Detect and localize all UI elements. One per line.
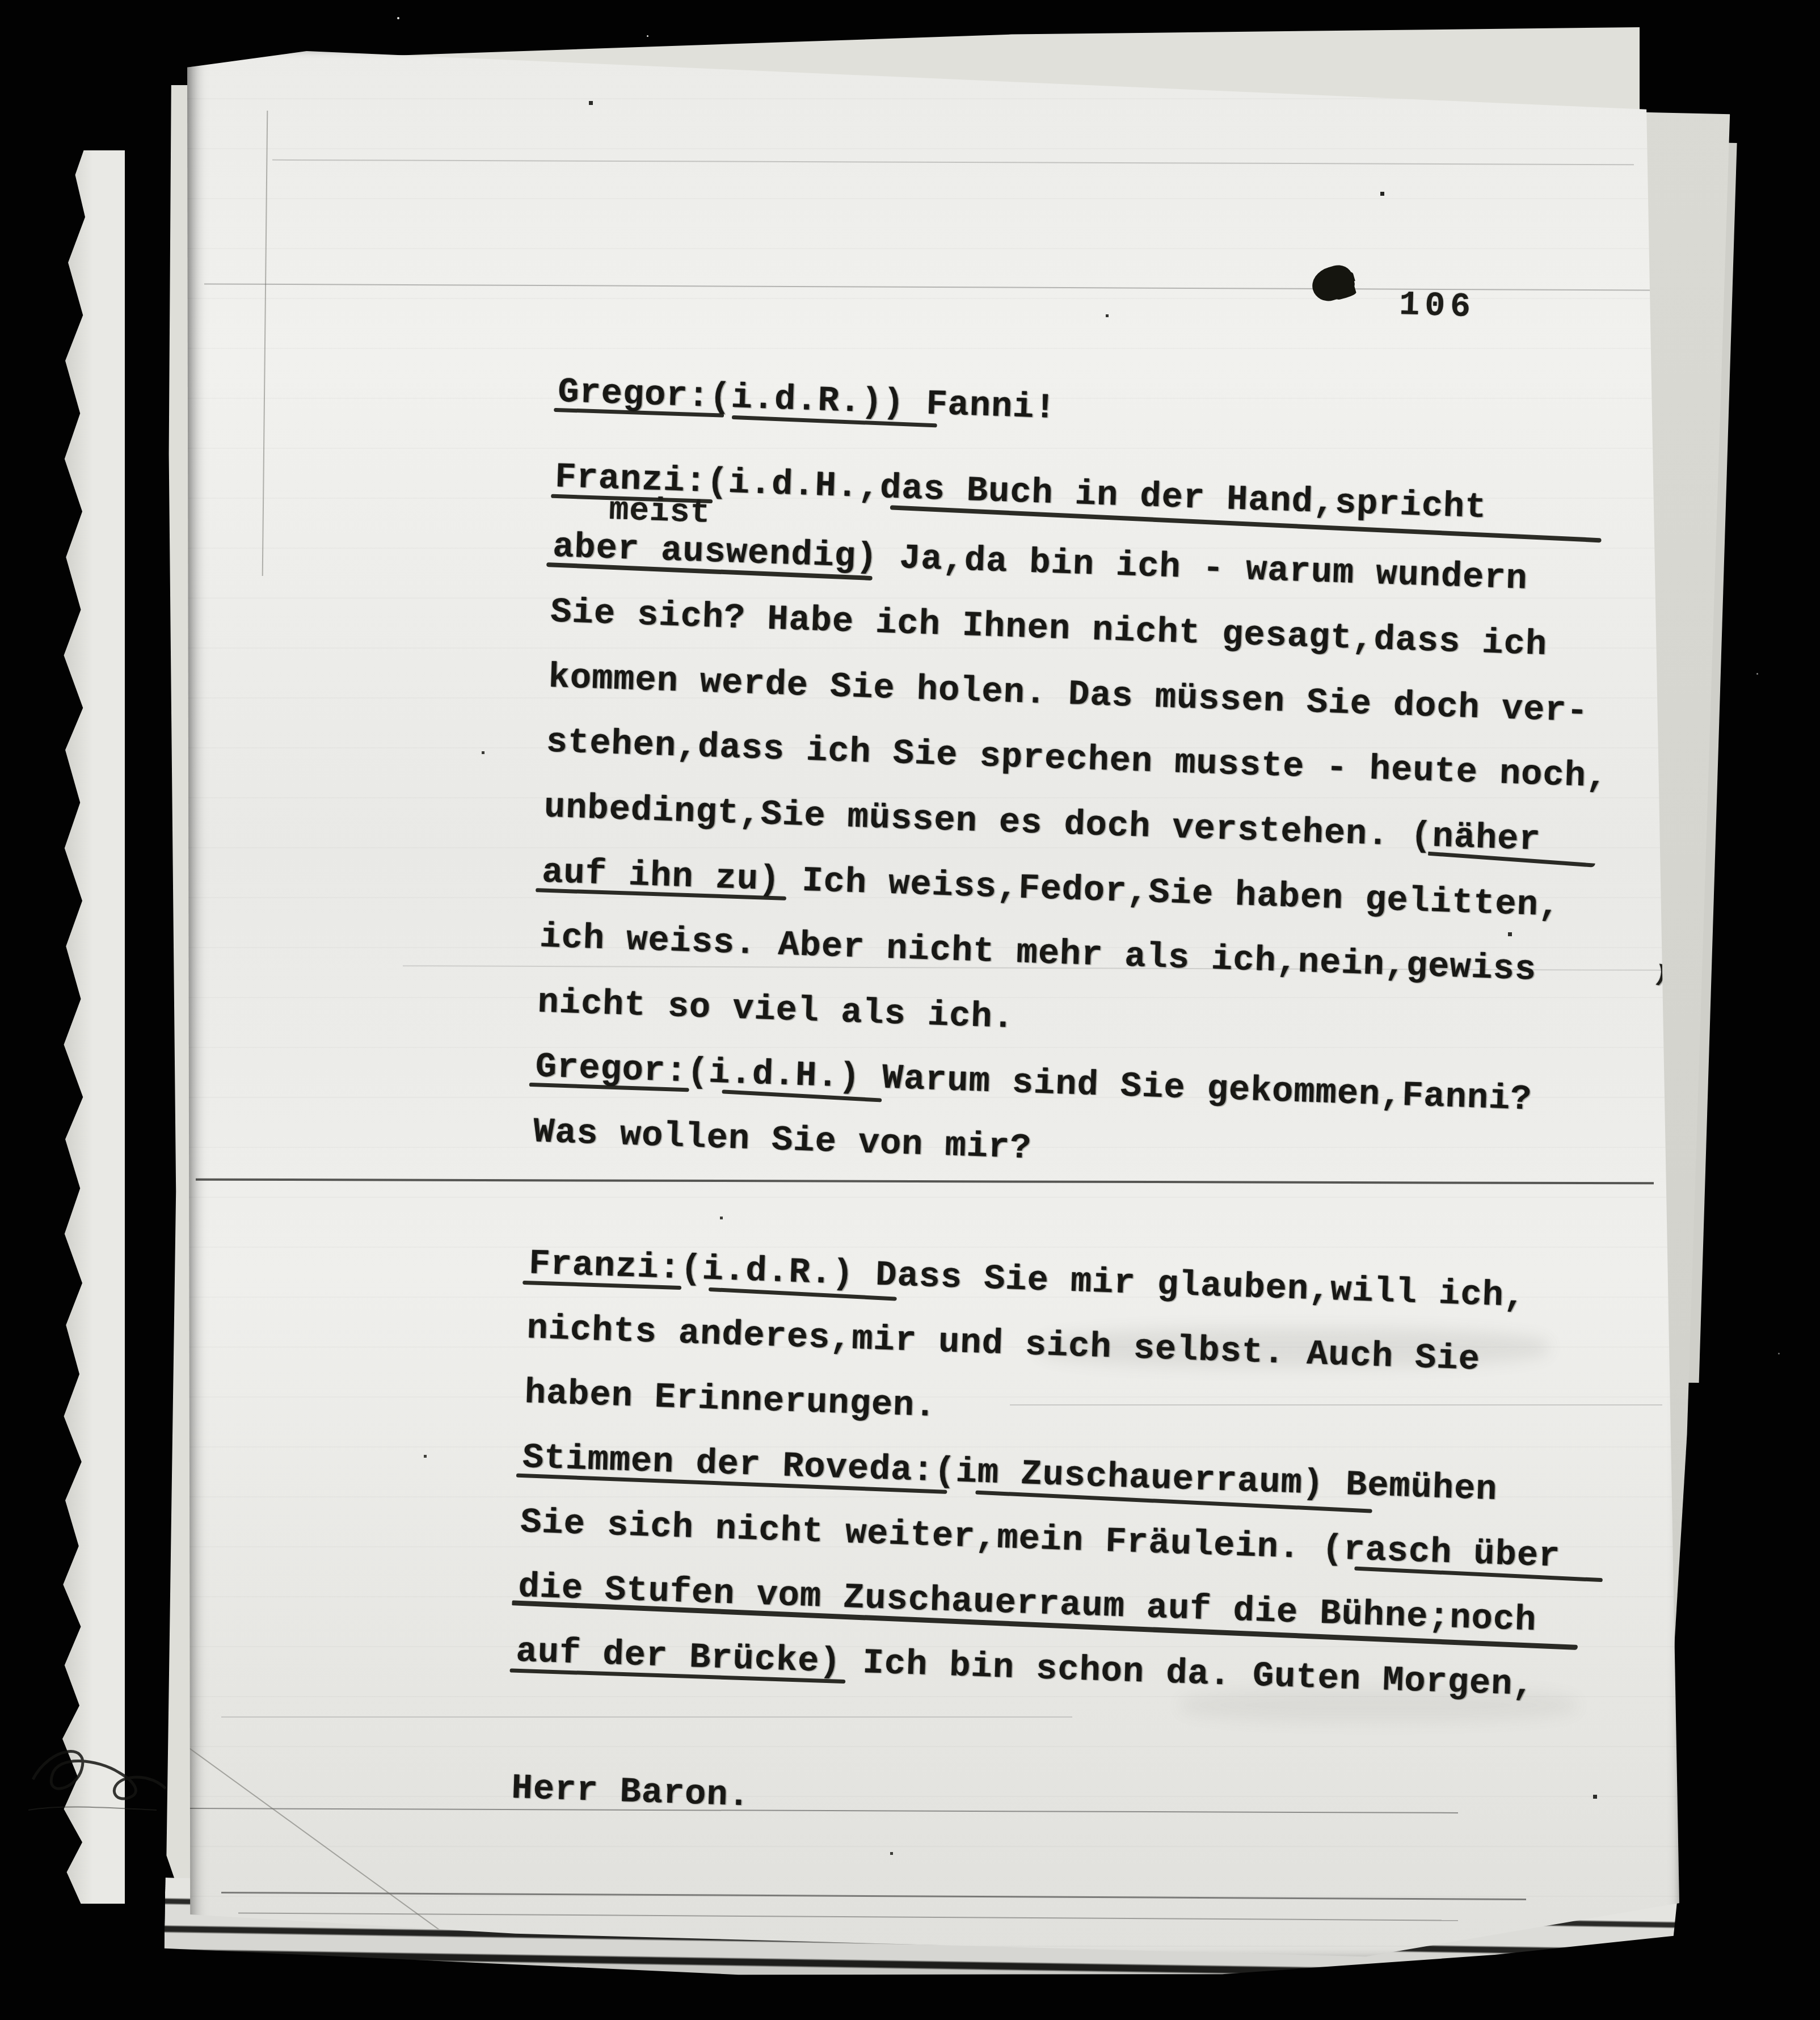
script-line: Gregor:(i.d.R.)) Fanni! [557, 372, 1057, 434]
script-line: die Stufen vom Zuschauerraum auf die Büh… [517, 1567, 1537, 1646]
inserted-word: meist [608, 492, 711, 532]
script-line: nicht so viel als ich. [537, 982, 1015, 1043]
dust-speck [1756, 673, 1758, 675]
paper-specks [187, 48, 189, 50]
script-line-text: auf ihn zu) Ich weiss,Fedor,Sie haben ge… [541, 852, 1561, 926]
script-line-text: Stimmen der Roveda:(im Zuschauerraum) Be… [522, 1437, 1498, 1510]
script-page: 106 Gregor:(i.d.R.)) Fanni! Franzi:(i.d.… [187, 48, 1679, 1960]
script-line: Franzi:(i.d.R.) Dass Sie mir glauben,wil… [528, 1243, 1526, 1322]
script-line: Stimmen der Roveda:(im Zuschauerraum) Be… [522, 1437, 1498, 1515]
script-line: Was wollen Sie von mir? [533, 1112, 1033, 1173]
script-line-text: unbedingt,Sie müssen es doch verstehen. … [544, 787, 1541, 860]
page-number: 106 [1398, 286, 1476, 327]
script-line-text: auf der Brücke) Ich bin schon da. Guten … [515, 1631, 1535, 1705]
photo-backdrop: 106 Gregor:(i.d.R.)) Fanni! Franzi:(i.d.… [0, 0, 1820, 2020]
script-line-text: Gregor:(i.d.H.) Warum sind Sie gekommen,… [535, 1046, 1533, 1120]
script-line: haben Erinnerungen. [524, 1373, 937, 1432]
script-line: Sie sich? Habe ich Ihnen nicht gesagt,da… [550, 592, 1548, 670]
script-line-text: Was wollen Sie von mir? [533, 1112, 1033, 1168]
script-line: nichts anderes,mir und sich selbst. Auch… [526, 1308, 1481, 1385]
script-line-text: haben Erinnerungen. [524, 1373, 937, 1426]
script-line-text: Herr Baron. [511, 1768, 750, 1816]
script-line: Sie sich nicht weiter,mein Fräulein. (ra… [520, 1502, 1561, 1582]
script-line: Gregor:(i.d.H.) Warum sind Sie gekommen,… [534, 1046, 1532, 1125]
ink-smudge [1308, 262, 1358, 305]
paper-edge-strip [54, 150, 125, 1904]
script-line: kommen werde Sie holen. Das müssen Sie d… [547, 657, 1589, 737]
script-line-text: nichts anderes,mir und sich selbst. Auch… [526, 1308, 1481, 1380]
script-line-text: stehen,dass ich Sie sprechen musste - he… [546, 722, 1608, 797]
dust-speck [397, 17, 399, 19]
pen-scribble-mark [23, 1725, 170, 1844]
script-line: auf ihn zu) Ich weiss,Fedor,Sie haben ge… [541, 852, 1561, 931]
script-line: ich weiss. Aber nicht mehr als ich,nein,… [539, 916, 1537, 995]
script-line-text: aber auswendig) Ja,da bin ich - warum wu… [552, 527, 1528, 599]
script-line-text: kommen werde Sie holen. Das müssen Sie d… [547, 657, 1589, 732]
script-line-text: Franzi:(i.d.R.) Dass Sie mir glauben,wil… [528, 1243, 1526, 1316]
script-line: Herr Baron. [511, 1768, 751, 1821]
typewritten-text-block: 106 Gregor:(i.d.R.)) Fanni! Franzi:(i.d.… [124, 48, 1678, 2009]
dust-speck [647, 35, 648, 37]
script-line-text: Sie sich? Habe ich Ihnen nicht gesagt,da… [550, 592, 1548, 665]
script-line: auf der Brücke) Ich bin schon da. Guten … [515, 1631, 1535, 1710]
script-line-text: Sie sich nicht weiter,mein Fräulein. (ra… [520, 1502, 1561, 1577]
script-line: aber auswendig) Ja,da bin ich - warum wu… [552, 527, 1528, 604]
script-line: unbedingt,Sie müssen es doch verstehen. … [544, 787, 1541, 865]
script-line-text: ich weiss. Aber nicht mehr als ich,nein,… [539, 916, 1537, 990]
dust-speck [1778, 1353, 1780, 1354]
script-line-text: die Stufen vom Zuschauerraum auf die Büh… [517, 1567, 1537, 1640]
script-line: stehen,dass ich Sie sprechen musste - he… [545, 722, 1608, 802]
script-line-text: nicht so viel als ich. [537, 982, 1014, 1038]
